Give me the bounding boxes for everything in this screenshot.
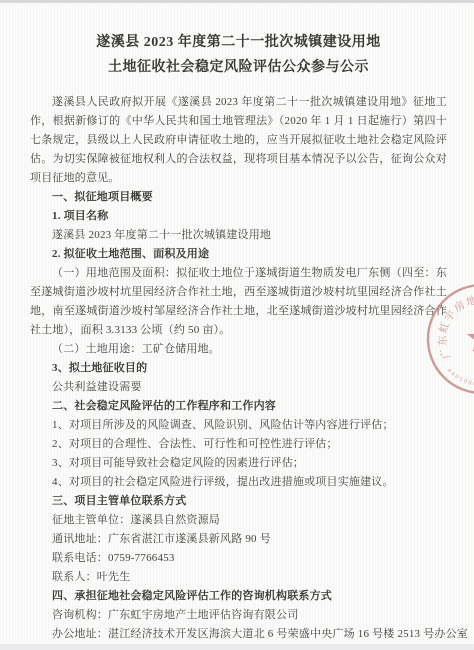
authority-address-line: 通讯地址：广东省湛江市遂溪县新风路 90 号	[30, 530, 447, 549]
section-2-heading: 二、社会稳定风险评估的工作程序和工作内容	[30, 397, 447, 416]
section-3-heading: 三、项目主管单位联系方式	[30, 492, 447, 511]
authority-contact-line: 联系人：叶先生	[30, 568, 447, 587]
land-scope-paragraph: （一）用地范围及面积：拟征收土地位于遂城街道生物质发电厂东侧（四至：东至遂城街道…	[30, 264, 447, 340]
section-4-heading: 四、承担征地社会稳定风险评估工作的咨询机构联系方式	[30, 587, 447, 606]
subsection-1-2-heading: 2. 拟征收土地范围、面积及用途	[30, 245, 447, 264]
document-title: 遂溪县 2023 年度第二十一批次城镇建设用地 土地征收社会稳定风险评估公众参与…	[30, 30, 447, 80]
subsection-1-3-heading: 3、拟土地征收目的	[30, 359, 447, 378]
assessment-item-2: 2、对项目的合理性、合法性、可行性和可控性进行评估；	[30, 435, 447, 454]
assessment-item-4: 4、对项目的社会稳定风险进行评级，提出改进措施或项目实施建议。	[30, 473, 447, 492]
scan-edge-bottom	[0, 644, 474, 650]
land-use-line: （二）土地用途：工矿仓储用地。	[30, 340, 447, 359]
authority-phone-line: 联系电话：0759-7766453	[30, 549, 447, 568]
authority-name-line: 征地主管单位：遂溪县自然资源局	[30, 511, 447, 530]
section-1-heading: 一、拟征地项目概要	[30, 188, 447, 207]
agency-name-line: 咨询机构：广东虹宇房地产土地评估咨询有限公司	[30, 606, 447, 625]
doc-title-line-2: 土地征收社会稳定风险评估公众参与公示	[30, 55, 447, 80]
scanned-document-page: 遂溪县 2023 年度第二十一批次城镇建设用地 土地征收社会稳定风险评估公众参与…	[0, 0, 474, 650]
document-content: 遂溪县 2023 年度第二十一批次城镇建设用地 土地征收社会稳定风险评估公众参与…	[0, 0, 474, 644]
land-purpose-line: 公共利益建设需要	[30, 378, 447, 397]
subsection-1-1-heading: 1. 项目名称	[30, 207, 447, 226]
assessment-item-3: 3、对项目可能导致社会稳定风险的因素进行评估；	[30, 454, 447, 473]
project-name-line: 遂溪县 2023 年度第二十一批次城镇建设用地	[30, 226, 447, 245]
assessment-item-1: 1、对项目所涉及的风险调查、风险识别、风险估计等内容进行评估；	[30, 416, 447, 435]
agency-address-line: 办公地址：湛江经济技术开发区海滨大道北 6 号荣盛中央广场 16 号楼 2513…	[30, 625, 447, 644]
doc-title-line-1: 遂溪县 2023 年度第二十一批次城镇建设用地	[30, 30, 447, 55]
intro-paragraph: 遂溪县人民政府拟开展《遂溪县 2023 年度第二十一批次城镇建设用地》征地工作，…	[30, 93, 447, 188]
